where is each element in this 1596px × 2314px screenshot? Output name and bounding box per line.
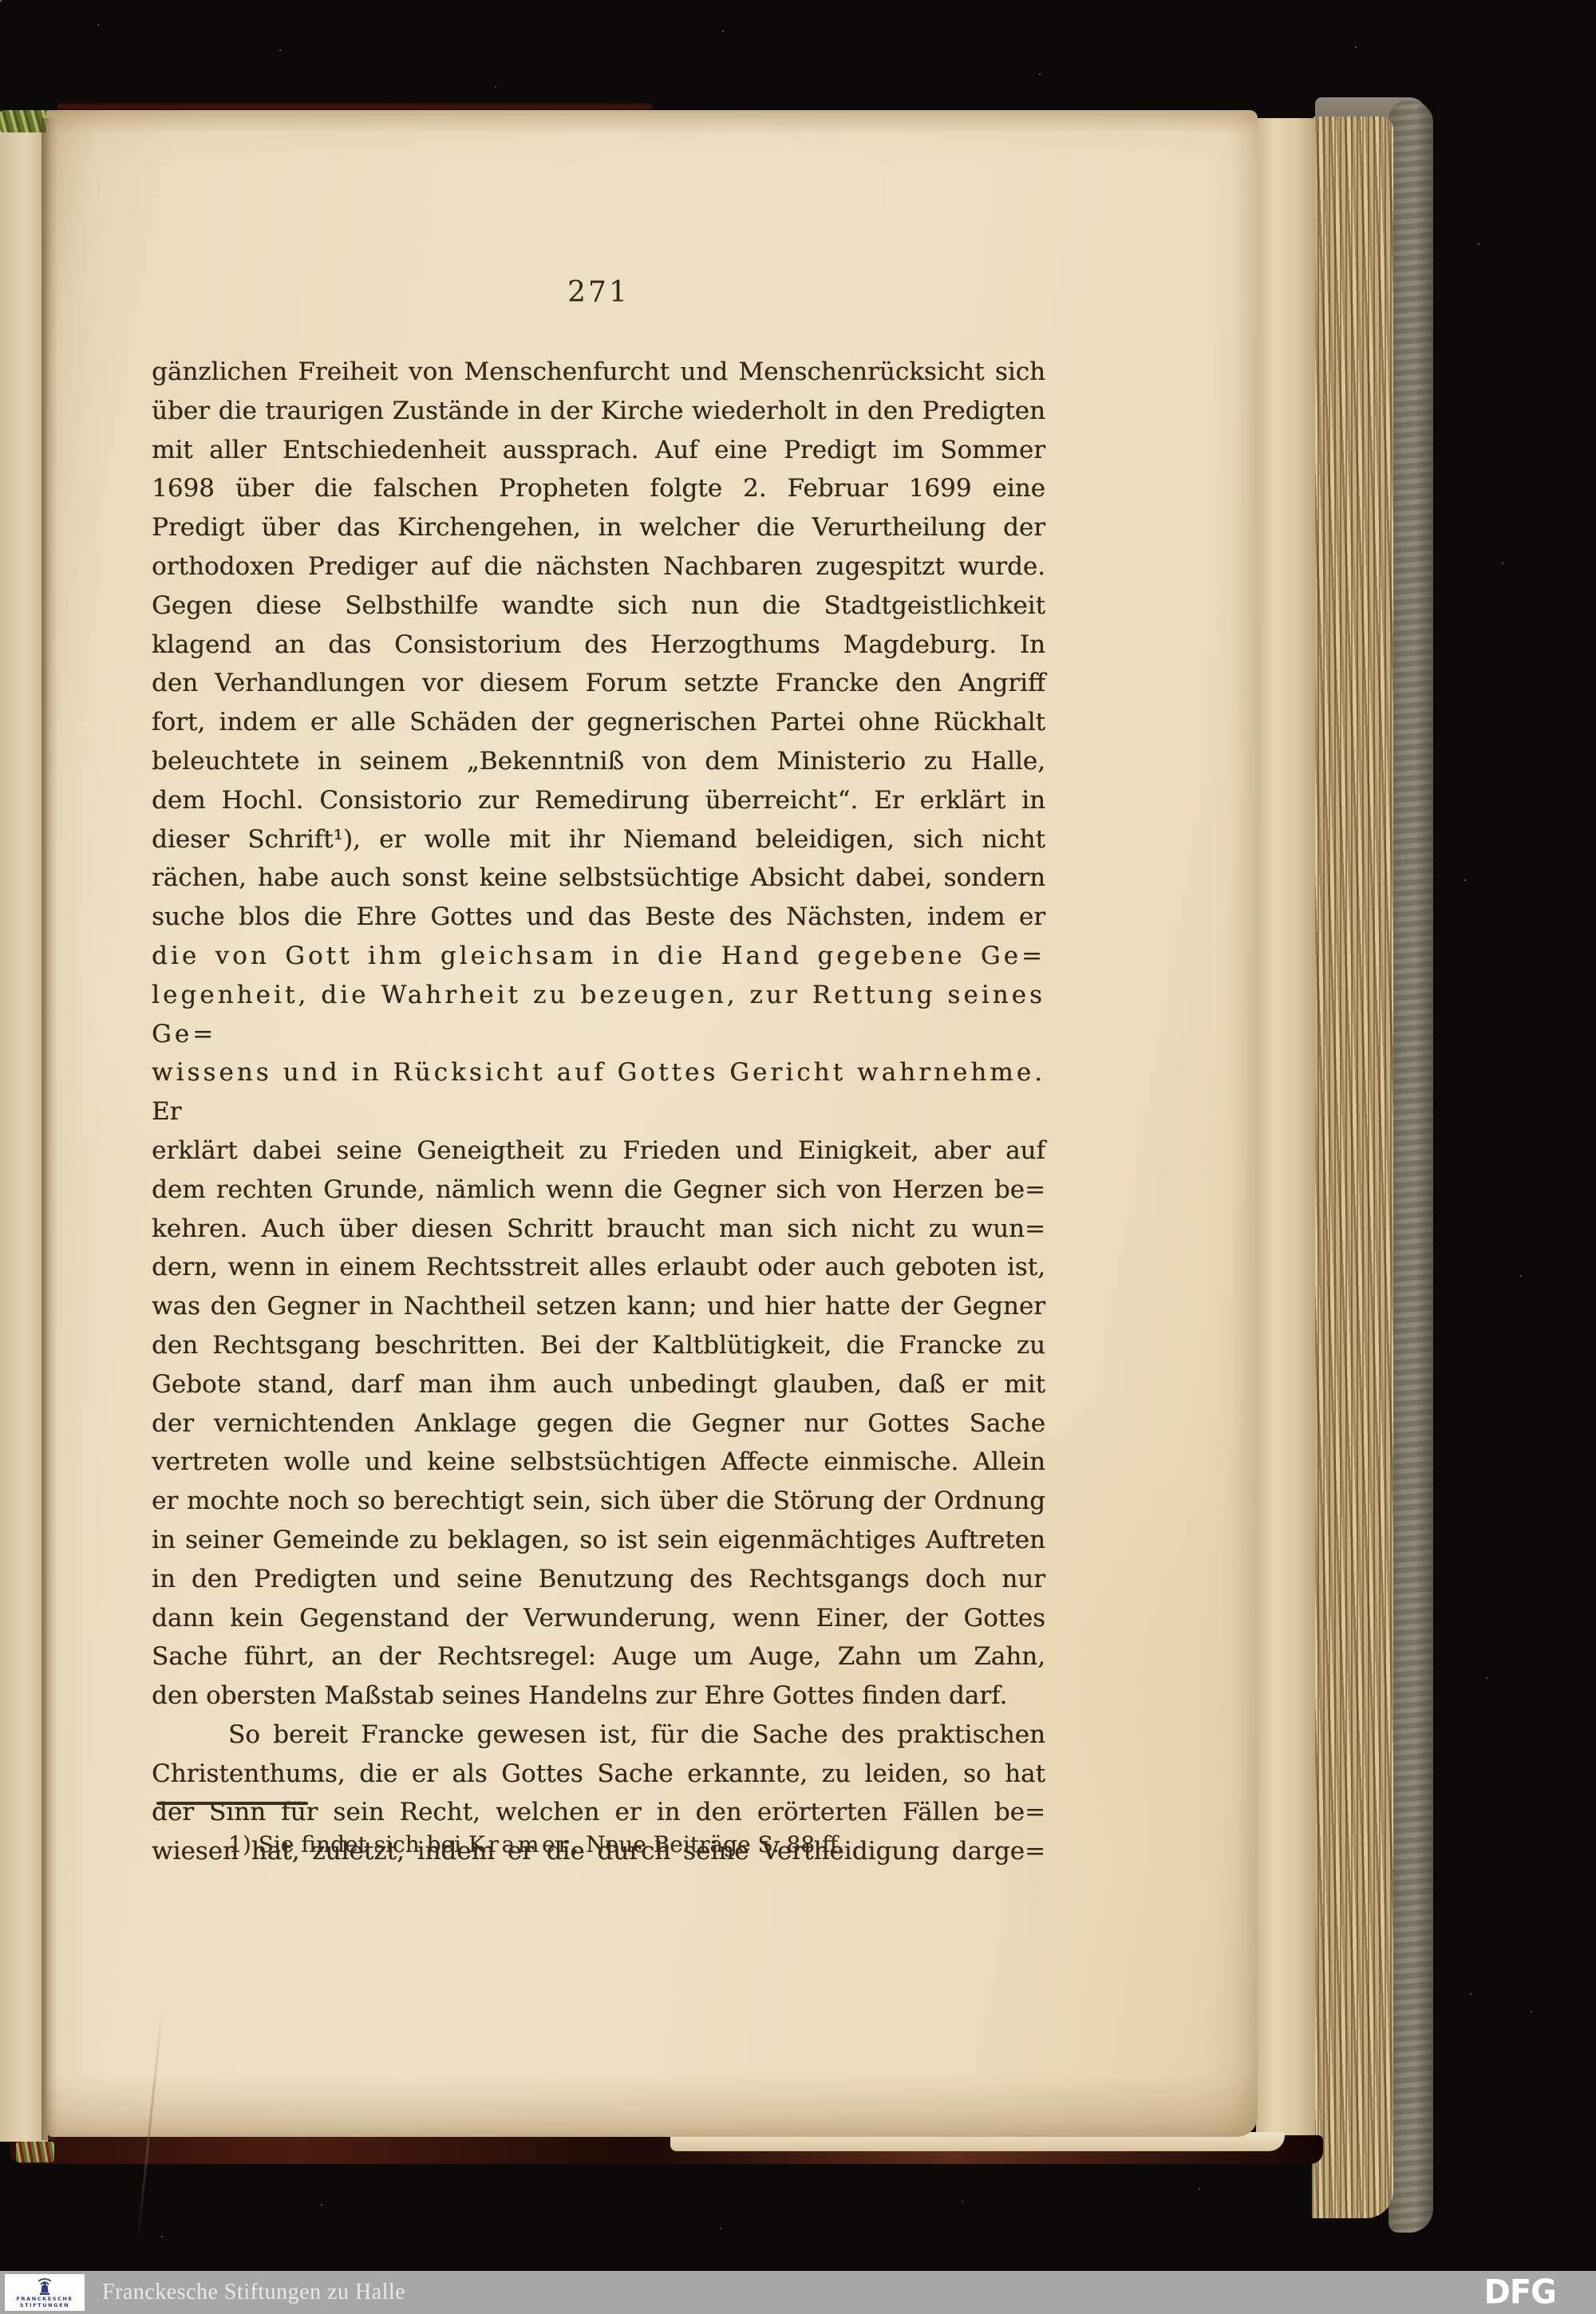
institution-label: Franckesche Stiftungen zu Halle [102, 2271, 405, 2314]
text-line: wissens und in Rücksicht auf Gottes Geri… [152, 1053, 1045, 1131]
text-line: vertreten wolle und keine selbstsüchtige… [152, 1443, 1045, 1482]
text-segment: in den Predigten und seine Benutzung des… [152, 1565, 1045, 1593]
footnote: 1) Sie findet sich bei Kramer, Neue Beit… [152, 1829, 1045, 1861]
text-segment: gänzlichen Freiheit von Menschenfurcht u… [152, 357, 1045, 386]
text-segment: den Verhandlungen vor diesem Forum setzt… [152, 669, 1045, 697]
text-segment: So bereit Francke gewesen ist, für die S… [228, 1720, 1045, 1749]
text-line: orthodoxen Prediger auf die nächsten Nac… [152, 547, 1045, 586]
text-segment: Gegen diese Selbsthilfe wandte sich nun … [152, 591, 1045, 620]
text-segment: dem Hochl. Consistorio zur Remedirung üb… [152, 786, 1045, 815]
text-line: den Rechtsgang beschritten. Bei der Kalt… [152, 1326, 1045, 1365]
text-segment: rächen, habe auch sonst keine selbstsüch… [152, 863, 1045, 892]
text-line: die von Gott ihm gleichsam in die Hand g… [152, 937, 1045, 976]
text-segment: Predigt über das Kirchengehen, in welche… [152, 513, 1045, 542]
dfg-logo: DFG [1484, 2270, 1556, 2314]
text-segment: die von Gott ihm gleichsam in die Hand g… [152, 942, 1045, 970]
text-line: dem Hochl. Consistorio zur Remedirung üb… [152, 781, 1045, 820]
text-line: 1698 über die falschen Propheten folgte … [152, 469, 1045, 508]
text-segment: Christenthums, die er als Gottes Sache e… [152, 1759, 1045, 1788]
text-line: in den Predigten und seine Benutzung des… [152, 1560, 1045, 1599]
franckesche-logo-icon [36, 2276, 53, 2296]
text-line: in seiner Gemeinde zu beklagen, so ist s… [152, 1521, 1045, 1560]
text-line: dern, wenn in einem Rechtsstreit alles e… [152, 1248, 1045, 1287]
text-line: legenheit, die Wahrheit zu bezeugen, zur… [152, 976, 1045, 1054]
under-page-edge [1256, 118, 1315, 2161]
text-segment: der vernichtenden Anklage gegen die Gegn… [152, 1409, 1045, 1438]
text-line: dieser Schrift¹), er wolle mit ihr Niema… [152, 820, 1045, 859]
text-segment: in seiner Gemeinde zu beklagen, so ist s… [152, 1526, 1045, 1554]
dust-specks [0, 0, 2, 2]
fore-edge-pages [1312, 116, 1393, 2218]
text-line: den obersten Maßstab seines Handelns zur… [152, 1676, 1045, 1716]
headband-bottom [16, 2142, 54, 2162]
text-segment: fort, indem er alle Schäden der gegneris… [152, 708, 1045, 736]
text-segment: dem rechten Grunde, nämlich wenn die Geg… [152, 1175, 1045, 1204]
page-number: 271 [152, 276, 1045, 309]
text-segment: suche blos die Ehre Gottes und das Beste… [152, 902, 1045, 931]
text-segment: dern, wenn in einem Rechtsstreit alles e… [152, 1253, 1045, 1281]
text-line: dann kein Gegenstand der Verwunderung, w… [152, 1599, 1045, 1638]
text-line: der vernichtenden Anklage gegen die Gegn… [152, 1404, 1045, 1443]
text-segment: erklärt dabei seine Geneigtheit zu Fried… [152, 1136, 1045, 1165]
text-segment: 1698 über die falschen Propheten folgte … [152, 474, 1045, 503]
text-line: was den Gegner in Nachtheil setzen kann;… [152, 1287, 1045, 1326]
text-line: der Sinn für sein Recht, welchen er in d… [152, 1793, 1045, 1832]
text-segment: beleuchtete in seinem „Bekenntniß von de… [152, 747, 1045, 776]
body-text: gänzlichen Freiheit von Menschenfurcht u… [152, 353, 1045, 1871]
text-line: beleuchtete in seinem „Bekenntniß von de… [152, 742, 1045, 781]
text-line: über die traurigen Zustände in der Kirch… [152, 392, 1045, 431]
text-segment: über die traurigen Zustände in der Kirch… [152, 397, 1045, 425]
text-line: Gebote stand, darf man ihm auch unbeding… [152, 1365, 1045, 1404]
text-line: gänzlichen Freiheit von Menschenfurcht u… [152, 353, 1045, 392]
text-segment: was den Gegner in Nachtheil setzen kann;… [152, 1292, 1045, 1321]
previous-page-edge [0, 121, 48, 2142]
text-segment: dieser Schrift¹), er wolle mit ihr Niema… [152, 825, 1045, 854]
text-line: Christenthums, die er als Gottes Sache e… [152, 1755, 1045, 1794]
text-line: dem rechten Grunde, nämlich wenn die Geg… [152, 1171, 1045, 1210]
text-segment: orthodoxen Prediger auf die nächsten Nac… [152, 552, 1045, 581]
text-segment: 1) Sie findet sich bei [228, 1831, 468, 1858]
franckesche-logo: FRANCKESCHE STIFTUNGEN [5, 2274, 85, 2311]
text-segment: wissens und in Rücksicht auf Gottes Geri… [152, 1058, 1045, 1087]
text-segment: mit aller Entschiedenheit aussprach. Auf… [152, 436, 1045, 464]
text-line: kehren. Auch über diesen Schritt braucht… [152, 1210, 1045, 1249]
text-segment: dann kein Gegenstand der Verwunderung, w… [152, 1604, 1045, 1633]
text-line: mit aller Entschiedenheit aussprach. Auf… [152, 431, 1045, 470]
text-segment: den Rechtsgang beschritten. Bei der Kalt… [152, 1331, 1045, 1360]
book-cover-edge [1389, 101, 1433, 2233]
text-segment: Er [152, 1097, 181, 1126]
text-line: erklärt dabei seine Geneigtheit zu Fried… [152, 1131, 1045, 1171]
footnote-separator [156, 1802, 308, 1805]
page-fold-crease [136, 2010, 163, 2249]
text-line: er mochte noch so berechtigt sein, sich … [152, 1482, 1045, 1521]
text-line: fort, indem er alle Schäden der gegneris… [152, 703, 1045, 742]
text-segment: er mochte noch so berechtigt sein, sich … [152, 1487, 1045, 1515]
text-segment: , Neue Beiträge S. 88 ff. [571, 1831, 844, 1858]
text-line: rächen, habe auch sonst keine selbstsüch… [152, 859, 1045, 898]
text-line: den Verhandlungen vor diesem Forum setzt… [152, 664, 1045, 703]
text-segment: Kramer [468, 1831, 571, 1858]
text-line: Gegen diese Selbsthilfe wandte sich nun … [152, 586, 1045, 626]
text-segment: vertreten wolle und keine selbstsüchtige… [152, 1447, 1045, 1476]
gutter-shadow [41, 118, 57, 2140]
text-segment: kehren. Auch über diesen Schritt braucht… [152, 1214, 1045, 1243]
text-segment: klagend an das Consistorium des Herzogth… [152, 630, 1045, 659]
footer-bar: FRANCKESCHE STIFTUNGEN Franckesche Stift… [0, 2271, 1596, 2314]
text-segment: legenheit, die Wahrheit zu bezeugen, zur… [152, 981, 1045, 1048]
text-segment: Sache führt, an der Rechtsregel: Auge um… [152, 1642, 1045, 1671]
text-line: suche blos die Ehre Gottes und das Beste… [152, 898, 1045, 937]
text-line: Predigt über das Kirchengehen, in welche… [152, 508, 1045, 547]
text-segment: Gebote stand, darf man ihm auch unbeding… [152, 1370, 1045, 1399]
text-line: Sache führt, an der Rechtsregel: Auge um… [152, 1637, 1045, 1676]
franckesche-logo-caption: FRANCKESCHE STIFTUNGEN [16, 2296, 73, 2308]
text-line: So bereit Francke gewesen ist, für die S… [152, 1716, 1045, 1755]
text-line: klagend an das Consistorium des Herzogth… [152, 626, 1045, 665]
scan-background: { "page": { "number": "271", "body_lines… [0, 0, 1596, 2314]
text-segment: den obersten Maßstab seines Handelns zur… [152, 1681, 1007, 1710]
